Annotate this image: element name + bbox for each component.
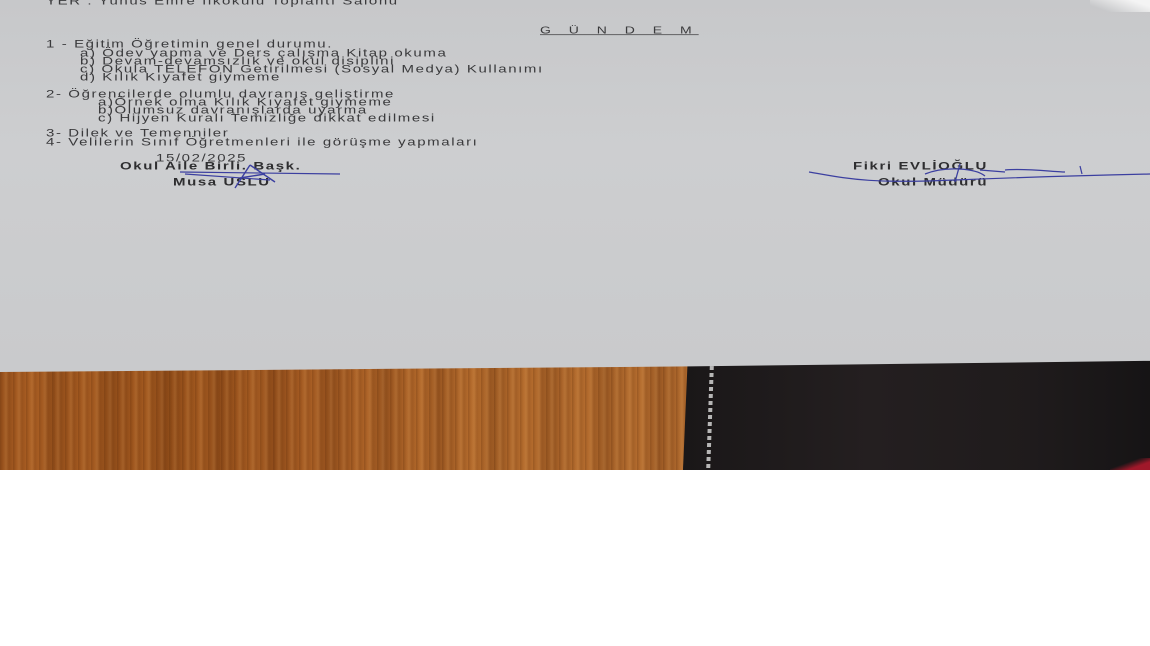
leather-desk-pad [683, 360, 1150, 470]
left-signature-ink [170, 160, 340, 190]
red-object-edge [1110, 458, 1150, 470]
paper-sheet: YER : Yunus Emre İlkokulu Toplantı Salon… [0, 0, 1150, 372]
agenda-title: G Ü N D E M [540, 25, 699, 35]
agenda-item-4: 4- Velilerin Sınıf Öğretmenleri ile görü… [46, 137, 478, 148]
agenda-subitem-1d: d) Kılık Kıyafet giymeme [80, 72, 281, 83]
wooden-table-surface [0, 360, 690, 470]
document-photo: YER : Yunus Emre İlkokulu Toplantı Salon… [0, 0, 1150, 470]
location-line: YER : Yunus Emre İlkokulu Toplantı Salon… [46, 0, 399, 7]
agenda-subitem-2c: c) Hijyen Kuralı Temizliğe dikkat edilme… [98, 113, 436, 124]
right-signature-ink [805, 160, 1150, 190]
light-glare [1090, 0, 1150, 12]
